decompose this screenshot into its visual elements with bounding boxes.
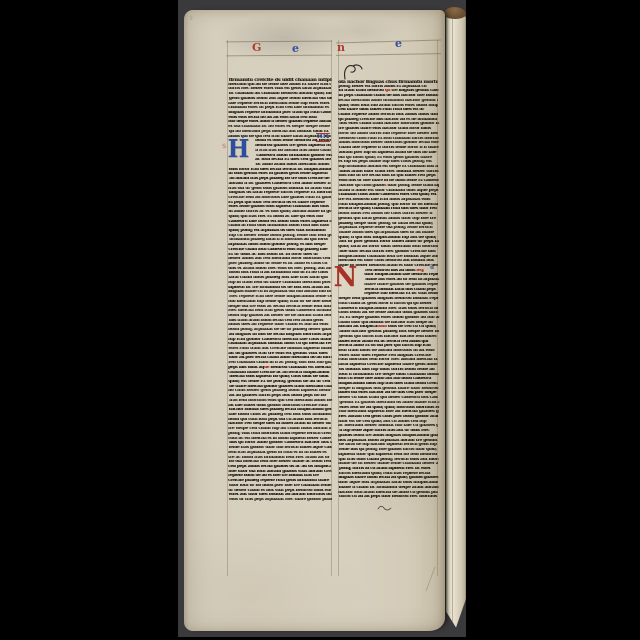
running-header-letter-e2: e	[395, 38, 402, 49]
book-foredge	[446, 8, 466, 630]
parchment-crease	[426, 567, 436, 592]
manuscript-page: v̊ G e n e firmamtu creſcite ds uidit ch…	[184, 10, 445, 631]
catchword-flourish-icon	[377, 504, 393, 512]
header-ruling-bottom-left	[226, 55, 332, 57]
running-header-letter-e1: e	[292, 43, 299, 54]
manuscript-photo: v̊ G e n e firmamtu creſcite ds uidit ch…	[0, 0, 640, 640]
running-header-letter-n: n	[337, 42, 345, 53]
ascender-flourish-icon	[342, 63, 364, 80]
header-ruling-top-left	[226, 41, 332, 43]
blue-paraph-mark: u	[430, 265, 434, 271]
rubric-text: ſeq;	[416, 269, 424, 273]
chapter-numeral: IIII	[316, 133, 330, 142]
initial-n-red: N	[334, 264, 357, 291]
running-header-letter-g: G	[252, 42, 261, 53]
text-line: turris cu ad ait pept uxor nemrod Hec mo…	[339, 495, 439, 500]
initial-h-blue: H	[228, 137, 250, 161]
folio-mark: v̊	[190, 16, 193, 22]
text-line: eius ur ſras pept arphaxat Hec thare gom…	[229, 498, 332, 503]
header-ruling-bottom-right	[336, 53, 441, 56]
red-touched-word: mini	[377, 325, 387, 329]
text-line: no oia melcha ſem noe heber mane ac bonu…	[229, 460, 332, 465]
header-ruling-top-right	[336, 40, 441, 44]
foredge-leather-cap	[444, 7, 466, 19]
